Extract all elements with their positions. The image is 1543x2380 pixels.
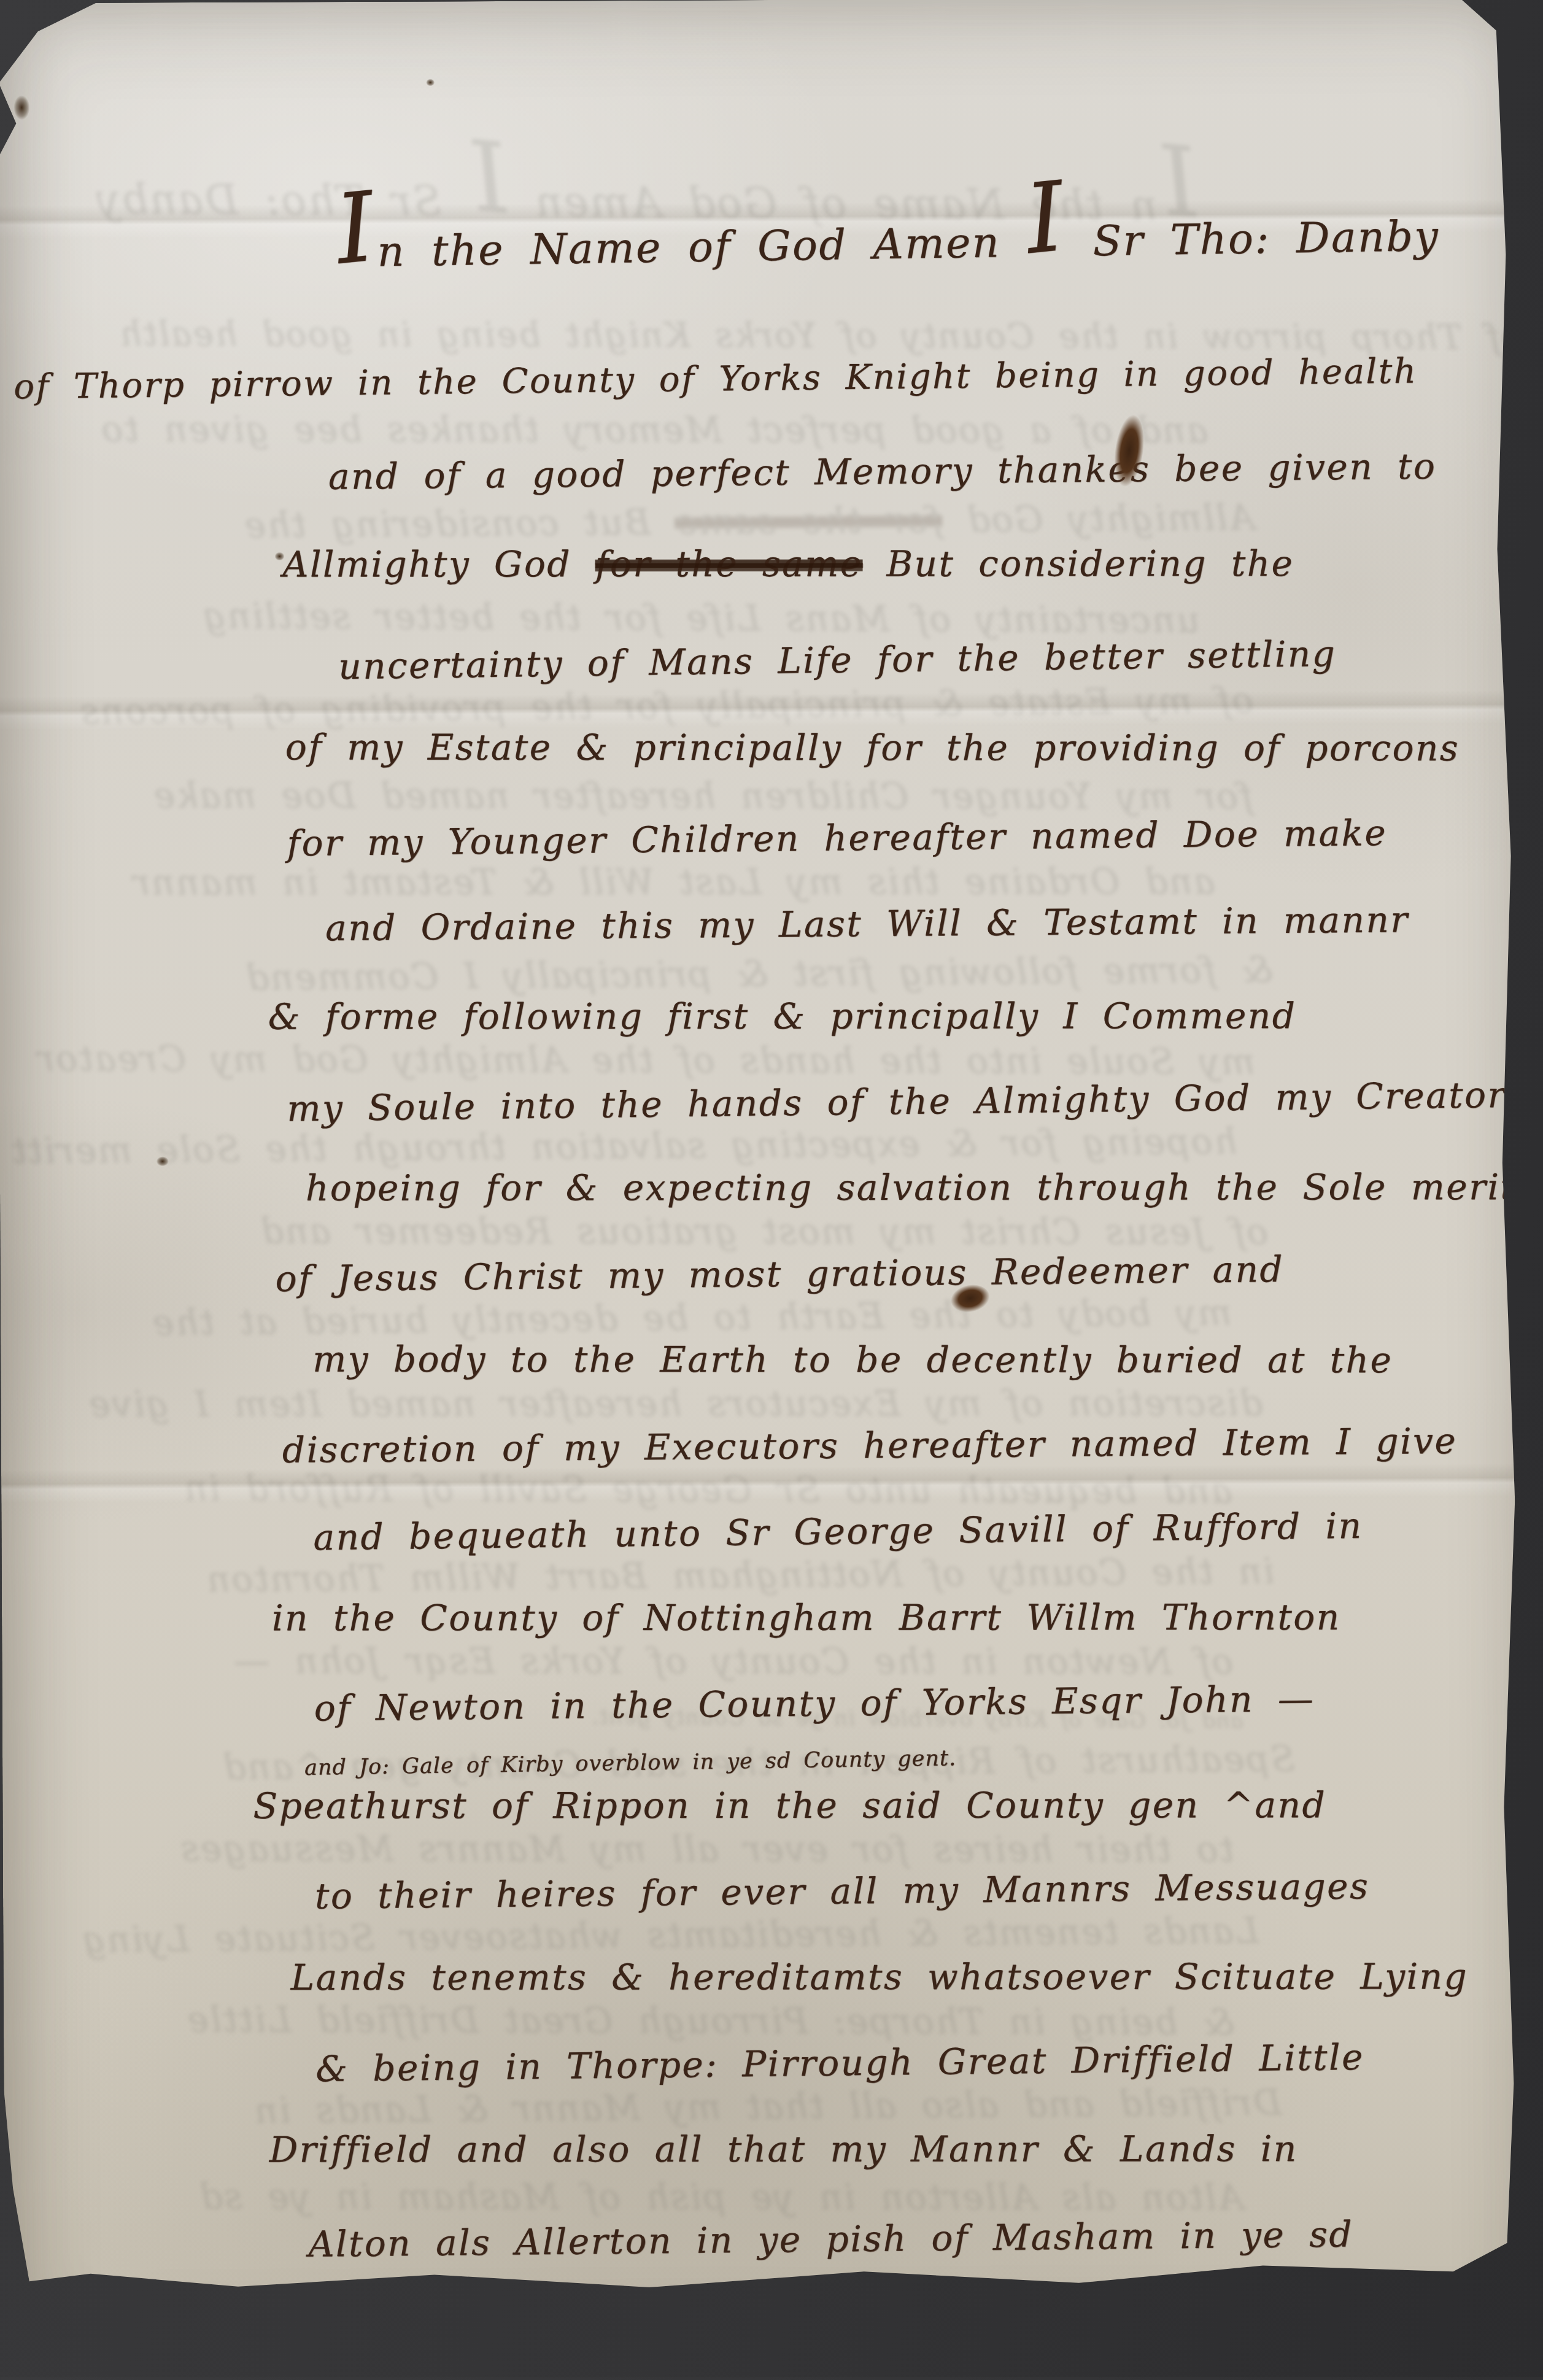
- manuscript-line: and Ordaine this my Last Will & Testamt …: [325, 898, 1409, 949]
- manuscript-line: Allmighty God for the same But consideri…: [283, 543, 1294, 585]
- line-text: But considering the: [863, 543, 1294, 585]
- manuscript-line: Lands tenemts & hereditamts whatsoever S…: [291, 1955, 1469, 1998]
- line-text: Sr Tho: Danby: [1067, 212, 1440, 266]
- manuscript-line: Speathurst of Rippon in the said County …: [253, 1784, 1326, 1827]
- struck-out-text: for the same: [595, 543, 863, 585]
- manuscript-line: for my Younger Children hereafter named …: [287, 812, 1387, 864]
- decorated-initial: I: [336, 226, 376, 231]
- manuscript-line: hopeing for & expecting salvation throug…: [306, 1166, 1532, 1209]
- manuscript-text-block: In the Name of God Amen I Sr Tho: Danby …: [0, 0, 1543, 2377]
- manuscript-photo: In the Name of God Amen I Sr Tho: Danby …: [0, 0, 1543, 2377]
- manuscript-line: and of a good perfect Memory thankes bee…: [328, 446, 1437, 498]
- manuscript-line: & being in Thorpe: Pirrough Great Driffi…: [315, 2036, 1364, 2090]
- manuscript-line: of Jesus Christ my most gratious Redeeme…: [275, 1248, 1284, 1300]
- line-text: Allmighty God: [283, 543, 595, 585]
- manuscript-paper-page: In the Name of God Amen I Sr Tho: Danby …: [0, 0, 1543, 2377]
- decorated-initial: I: [1026, 216, 1065, 220]
- manuscript-line: of Newton in the County of Yorks Esqr Jo…: [314, 1678, 1315, 1729]
- manuscript-line: In the Name of God Amen I Sr Tho: Danby: [336, 212, 1440, 277]
- manuscript-line: discretion of my Executors hereafter nam…: [282, 1420, 1458, 1471]
- manuscript-line: in the County of Nottingham Barrt Willm …: [272, 1596, 1341, 1639]
- manuscript-line: of my Estate & principally for the provi…: [285, 726, 1460, 769]
- manuscript-line: my Soule into the hands of the Almighty …: [287, 1074, 1506, 1130]
- manuscript-line: uncertainty of Mans Life for the better …: [338, 633, 1337, 687]
- manuscript-line: and bequeath unto Sr George Savill of Ru…: [313, 1505, 1363, 1558]
- manuscript-line: & forme following first & principally I …: [268, 995, 1297, 1037]
- manuscript-line: my body to the Earth to be decently buri…: [312, 1339, 1393, 1381]
- manuscript-line: to their heires for ever all my Mannrs M…: [315, 1865, 1370, 1917]
- manuscript-line: Driffield and also all that my Mannr & L…: [269, 2128, 1298, 2170]
- interlinear-insertion: and Jo: Gale of Kirby overblow in ye sd …: [304, 1746, 957, 1780]
- manuscript-line: of Thorp pirrow in the County of Yorks K…: [14, 351, 1418, 407]
- manuscript-line: Alton als Allerton in ye pish of Masham …: [308, 2213, 1353, 2265]
- line-text: n the Name of God Amen: [377, 218, 1001, 276]
